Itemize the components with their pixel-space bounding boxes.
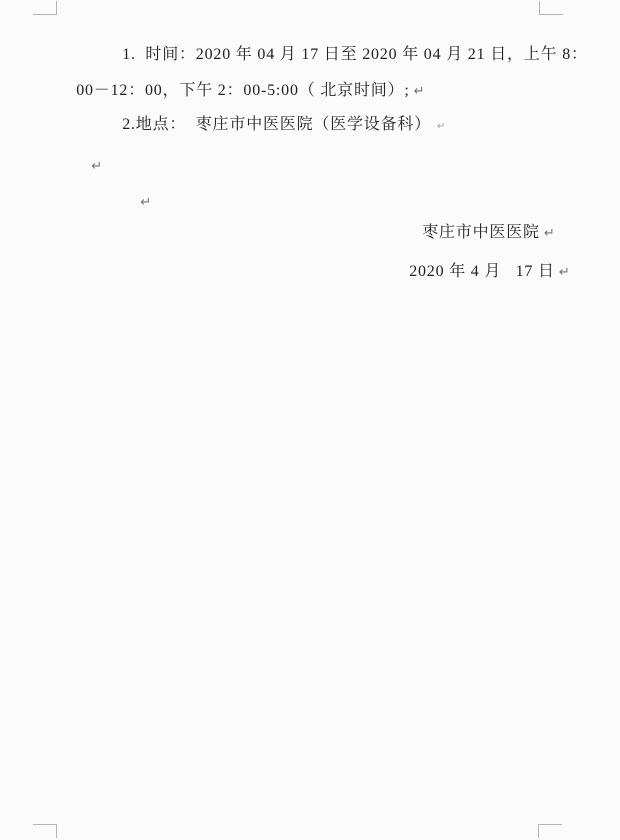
text-boundary-mark-top-left	[33, 1, 57, 15]
signature-date: 2020 年 4 月 17 日↵	[390, 243, 570, 301]
text-boundary-mark-bottom-left	[33, 824, 57, 838]
paragraph-time-line1-text: 1. 时间：2020 年 04 月 17 日至 2020 年 04 月 21 日…	[122, 46, 588, 63]
text-boundary-mark-bottom-right	[538, 824, 562, 838]
document-page[interactable]: 1. 时间：2020 年 04 月 17 日至 2020 年 04 月 21 日…	[0, 0, 620, 840]
paragraph-location: 2.地点： 枣庄市中医医院（医学设备科）↵	[103, 96, 445, 155]
empty-paragraph-2: ↵	[121, 173, 151, 231]
signature-organization-text: 枣庄市中医医院	[422, 224, 540, 241]
paragraph-mark-icon: ↵	[544, 226, 555, 241]
signature-date-text: 2020 年 4 月 17 日	[409, 263, 555, 280]
paragraph-mark-icon: ↵	[91, 159, 102, 174]
paragraph-location-text: 2.地点： 枣庄市中医医院（医学设备科）	[122, 116, 431, 133]
empty-paragraph-1: ↵	[72, 137, 102, 195]
paragraph-mark-icon: ↵	[140, 195, 151, 210]
paragraph-mark-icon: ↵	[559, 265, 570, 280]
text-boundary-mark-top-right	[539, 1, 563, 15]
paragraph-mark-icon: ↵	[437, 121, 445, 132]
